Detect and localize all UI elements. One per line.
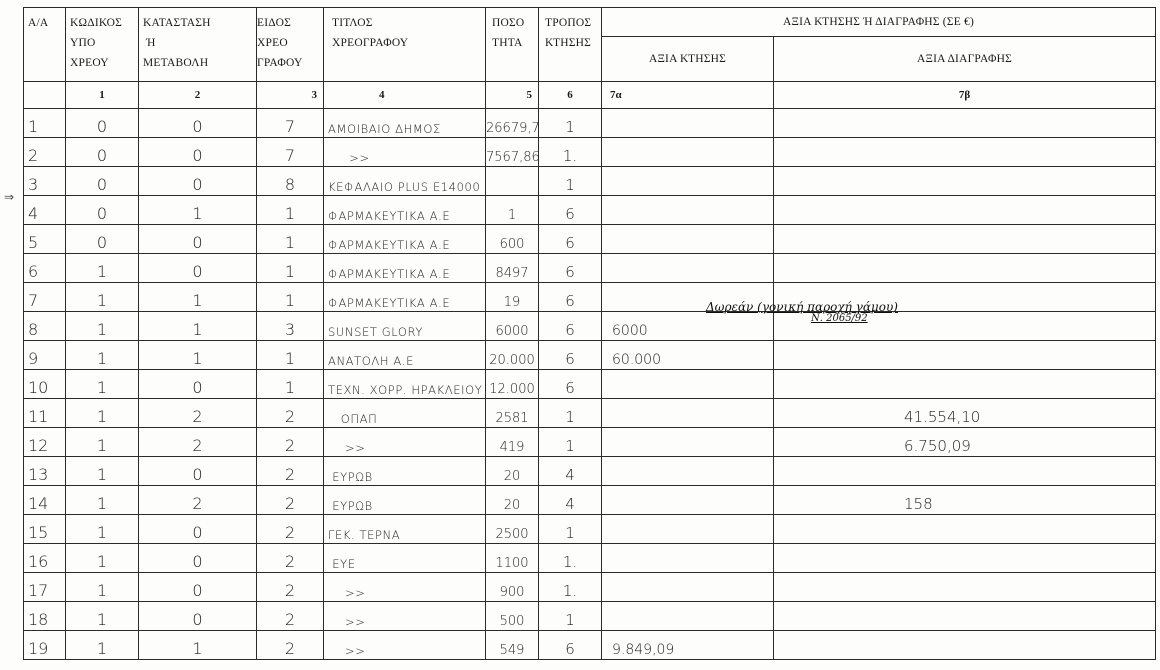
security-title-cell: >> [324, 428, 486, 457]
row-number: 8 [24, 312, 66, 341]
acquisition-value-cell [602, 602, 774, 631]
table-row: 1007ΑΜΟΙΒΑΙΟ ΔΗΜΟΣ26679,711 [24, 109, 1156, 138]
status-cell: 1 [139, 341, 257, 370]
status-cell: 0 [139, 225, 257, 254]
security-type-cell: 2 [257, 515, 324, 544]
quantity-cell: 6000 [486, 312, 539, 341]
debtor-code-cell: 0 [66, 167, 139, 196]
acquisition-value-cell [602, 138, 774, 167]
quantity-cell: 2500 [486, 515, 539, 544]
security-title-cell: ΦΑΡΜΑΚΕΥΤΙΚΑ Α.Ε [324, 283, 486, 312]
security-type-cell: 3 [257, 312, 324, 341]
acquisition-mode-cell: 6 [539, 196, 602, 225]
debtor-code-cell: 1 [66, 370, 139, 399]
securities-declaration-table: Α/Α ΚΩΔΙΚΟΣΥΠΟΧΡΕΟΥ ΚΑΤΑΣΤΑΣΗ ΉΜΕΤΑΒΟΛΗ … [23, 7, 1156, 660]
header-security-title: ΤΙΤΛΟΣΧΡΕΟΓΡΑΦΟΥ [324, 8, 486, 82]
status-cell: 0 [139, 544, 257, 573]
table-row: 10101ΤΕΧΝ. ΧΟΡΡ. ΗΡΑΚΛΕΙΟΥ12.0006 [24, 370, 1156, 399]
row-number: 19 [24, 631, 66, 660]
security-title-cell: >> [324, 573, 486, 602]
quantity-cell: 7567,865 [486, 138, 539, 167]
debtor-code-cell: 1 [66, 254, 139, 283]
colnum-4: 4 [324, 82, 486, 109]
deletion-value-cell [774, 544, 1156, 573]
quantity-cell: 20.000 [486, 341, 539, 370]
acquisition-value-cell [602, 428, 774, 457]
status-cell: 2 [139, 428, 257, 457]
debtor-code-cell: 1 [66, 631, 139, 660]
security-title-cell: ΦΑΡΜΑΚΕΥΤΙΚΑ Α.Ε [324, 225, 486, 254]
deletion-value-cell [774, 109, 1156, 138]
colnum-aa [24, 82, 66, 109]
table-row: 3008ΚΕΦΑΛΑΙΟ PLUS E140001 [24, 167, 1156, 196]
colnum-6: 6 [539, 82, 602, 109]
security-type-cell: 1 [257, 283, 324, 312]
status-cell: 0 [139, 370, 257, 399]
table-body: 1007ΑΜΟΙΒΑΙΟ ΔΗΜΟΣ26679,7112007 >>7567,8… [24, 109, 1156, 660]
security-type-cell: 1 [257, 225, 324, 254]
quantity-cell: 500 [486, 602, 539, 631]
deletion-value-cell [774, 515, 1156, 544]
quantity-cell: 20 [486, 486, 539, 515]
colnum-2: 2 [139, 82, 257, 109]
status-cell: 2 [139, 399, 257, 428]
status-cell: 0 [139, 167, 257, 196]
row-number: 11 [24, 399, 66, 428]
acquisition-value-cell: 9.849,09 [602, 631, 774, 660]
security-type-cell: 2 [257, 602, 324, 631]
row-number: 6 [24, 254, 66, 283]
row-number: 18 [24, 602, 66, 631]
quantity-cell: 2581 [486, 399, 539, 428]
header-quantity: ΠΟΣΟΤΗΤΑ [486, 8, 539, 82]
quantity-cell: 1 [486, 196, 539, 225]
debtor-code-cell: 1 [66, 602, 139, 631]
header-value-group: ΑΞΙΑ ΚΤΗΣΗΣ Ή ΔΙΑΓΡΑΦΗΣ (ΣΕ €) [602, 8, 1156, 37]
security-type-cell: 1 [257, 370, 324, 399]
security-title-cell: ΚΕΦΑΛΑΙΟ PLUS E14000 [324, 167, 486, 196]
acquisition-value-cell [602, 457, 774, 486]
status-cell: 0 [139, 138, 257, 167]
acquisition-mode-cell: 1 [539, 109, 602, 138]
deletion-value-cell [774, 225, 1156, 254]
header-deletion-value: ΑΞΙΑ ΔΙΑΓΡΑΦΗΣ [774, 37, 1156, 82]
status-cell: 0 [139, 254, 257, 283]
security-title-cell: ΓΕΚ. ΤΕΡΝΑ [324, 515, 486, 544]
table-row: 2007 >>7567,8651. [24, 138, 1156, 167]
security-title-cell: >> [324, 138, 486, 167]
deletion-value-cell [774, 341, 1156, 370]
security-type-cell: 7 [257, 138, 324, 167]
acquisition-mode-cell: 4 [539, 486, 602, 515]
row-number: 17 [24, 573, 66, 602]
scanned-form-page: ⇒ Α/Α ΚΩΔΙΚΟΣΥΠΟΧΡΕΟΥ ΚΑΤΑΣΤΑΣΗ ΉΜΕΤΑΒΟΛ… [0, 0, 1160, 670]
row-number: 12 [24, 428, 66, 457]
row-number: 15 [24, 515, 66, 544]
acquisition-mode-cell: 1 [539, 399, 602, 428]
debtor-code-cell: 0 [66, 225, 139, 254]
quantity-cell: 19 [486, 283, 539, 312]
margin-arrow-mark: ⇒ [4, 190, 14, 204]
table-row: 16102 ΕΥΕ11001. [24, 544, 1156, 573]
debtor-code-cell: 0 [66, 196, 139, 225]
acquisition-value-cell [602, 370, 774, 399]
status-cell: 1 [139, 631, 257, 660]
security-title-cell: ΕΥΡΩΒ [324, 457, 486, 486]
acquisition-mode-cell: 1 [539, 602, 602, 631]
handwritten-annotation: Δωρεάν (γονική παροχή γάμου) Ν. 2065/92 [706, 300, 898, 314]
acquisition-mode-cell: 1. [539, 138, 602, 167]
security-type-cell: 2 [257, 486, 324, 515]
row-number: 13 [24, 457, 66, 486]
debtor-code-cell: 1 [66, 457, 139, 486]
acquisition-value-cell [602, 515, 774, 544]
deletion-value-cell: 41.554,10 [774, 399, 1156, 428]
table-row: 11122 ΟΠΑΠ2581141.554,10 [24, 399, 1156, 428]
acquisition-mode-cell: 6 [539, 225, 602, 254]
table-row: 18102 >>5001 [24, 602, 1156, 631]
security-type-cell: 2 [257, 428, 324, 457]
deletion-value-cell: 6.750,09 [774, 428, 1156, 457]
header-acquisition-mode: ΤΡΟΠΟΣΚΤΗΣΗΣ [539, 8, 602, 82]
acquisition-mode-cell: 1 [539, 515, 602, 544]
security-type-cell: 2 [257, 544, 324, 573]
security-title-cell: ΕΥΕ [324, 544, 486, 573]
table-row: 8113SUNSET GLORY600066000 [24, 312, 1156, 341]
status-cell: 0 [139, 602, 257, 631]
table-row: 4011ΦΑΡΜΑΚΕΥΤΙΚΑ Α.Ε16 [24, 196, 1156, 225]
status-cell: 0 [139, 515, 257, 544]
security-title-cell: ΑΝΑΤΟΛΗ Α.Ε [324, 341, 486, 370]
quantity-cell: 26679,71 [486, 109, 539, 138]
acquisition-value-cell [602, 573, 774, 602]
status-cell: 0 [139, 109, 257, 138]
security-type-cell: 2 [257, 631, 324, 660]
table-row: 5001ΦΑΡΜΑΚΕΥΤΙΚΑ Α.Ε6006 [24, 225, 1156, 254]
security-title-cell: ΦΑΡΜΑΚΕΥΤΙΚΑ Α.Ε [324, 196, 486, 225]
acquisition-mode-cell: 1 [539, 428, 602, 457]
deletion-value-cell [774, 196, 1156, 225]
status-cell: 0 [139, 457, 257, 486]
deletion-value-cell [774, 254, 1156, 283]
header-acquisition-value: ΑΞΙΑ ΚΤΗΣΗΣ [602, 37, 774, 82]
acquisition-mode-cell: 1. [539, 544, 602, 573]
table-row: 14122 ΕΥΡΩΒ204158 [24, 486, 1156, 515]
table-row: 13102 ΕΥΡΩΒ204 [24, 457, 1156, 486]
table-row: 12122 >>41916.750,09 [24, 428, 1156, 457]
status-cell: 1 [139, 312, 257, 341]
row-number: 5 [24, 225, 66, 254]
security-type-cell: 8 [257, 167, 324, 196]
acquisition-mode-cell: 6 [539, 254, 602, 283]
colnum-7b: 7β [774, 82, 1156, 109]
row-number: 7 [24, 283, 66, 312]
acquisition-mode-cell: 6 [539, 370, 602, 399]
quantity-cell [486, 167, 539, 196]
security-title-cell: >> [324, 602, 486, 631]
table-row: 9111ΑΝΑΤΟΛΗ Α.Ε20.000660.000 [24, 341, 1156, 370]
debtor-code-cell: 1 [66, 312, 139, 341]
status-cell: 1 [139, 283, 257, 312]
security-title-cell: ΕΥΡΩΒ [324, 486, 486, 515]
security-type-cell: 1 [257, 254, 324, 283]
debtor-code-cell: 1 [66, 486, 139, 515]
security-type-cell: 7 [257, 109, 324, 138]
colnum-3: 3 [257, 82, 324, 109]
deletion-value-cell [774, 167, 1156, 196]
table-row: 6101ΦΑΡΜΑΚΕΥΤΙΚΑ Α.Ε84976 [24, 254, 1156, 283]
deletion-value-cell [774, 602, 1156, 631]
security-type-cell: 1 [257, 341, 324, 370]
debtor-code-cell: 0 [66, 109, 139, 138]
header-status: ΚΑΤΑΣΤΑΣΗ ΉΜΕΤΑΒΟΛΗ [139, 8, 257, 82]
row-number: 4 [24, 196, 66, 225]
debtor-code-cell: 1 [66, 428, 139, 457]
header-debtor-code: ΚΩΔΙΚΟΣΥΠΟΧΡΕΟΥ [66, 8, 139, 82]
quantity-cell: 12.000 [486, 370, 539, 399]
acquisition-mode-cell: 6 [539, 312, 602, 341]
row-number: 14 [24, 486, 66, 515]
quantity-cell: 1100 [486, 544, 539, 573]
debtor-code-cell: 1 [66, 544, 139, 573]
quantity-cell: 549 [486, 631, 539, 660]
security-title-cell: >> [324, 631, 486, 660]
column-number-row: 1 2 3 4 5 6 7α 7β [24, 82, 1156, 109]
row-number: 9 [24, 341, 66, 370]
acquisition-mode-cell: 1. [539, 573, 602, 602]
debtor-code-cell: 1 [66, 399, 139, 428]
colnum-1: 1 [66, 82, 139, 109]
acquisition-mode-cell: 6 [539, 631, 602, 660]
acquisition-mode-cell: 1 [539, 167, 602, 196]
row-number: 10 [24, 370, 66, 399]
debtor-code-cell: 1 [66, 283, 139, 312]
security-type-cell: 2 [257, 399, 324, 428]
row-number: 16 [24, 544, 66, 573]
acquisition-value-cell [602, 225, 774, 254]
status-cell: 1 [139, 196, 257, 225]
table-row: 15102ΓΕΚ. ΤΕΡΝΑ25001 [24, 515, 1156, 544]
quantity-cell: 600 [486, 225, 539, 254]
deletion-value-cell [774, 370, 1156, 399]
row-number: 3 [24, 167, 66, 196]
table-row: 17102 >>9001. [24, 573, 1156, 602]
acquisition-value-cell [602, 544, 774, 573]
quantity-cell: 20 [486, 457, 539, 486]
deletion-value-cell [774, 631, 1156, 660]
header-security-type: ΕΙΔΟΣΧΡΕΟΓΡΑΦΟΥ [257, 8, 324, 82]
acquisition-value-cell: 60.000 [602, 341, 774, 370]
quantity-cell: 8497 [486, 254, 539, 283]
status-cell: 0 [139, 573, 257, 602]
acquisition-value-cell [602, 254, 774, 283]
row-number: 2 [24, 138, 66, 167]
colnum-5: 5 [486, 82, 539, 109]
debtor-code-cell: 1 [66, 515, 139, 544]
debtor-code-cell: 1 [66, 341, 139, 370]
security-type-cell: 2 [257, 457, 324, 486]
security-type-cell: 1 [257, 196, 324, 225]
acquisition-mode-cell: 6 [539, 283, 602, 312]
quantity-cell: 419 [486, 428, 539, 457]
acquisition-value-cell [602, 167, 774, 196]
acquisition-value-cell [602, 486, 774, 515]
security-type-cell: 2 [257, 573, 324, 602]
security-title-cell: ΦΑΡΜΑΚΕΥΤΙΚΑ Α.Ε [324, 254, 486, 283]
security-title-cell: SUNSET GLORY [324, 312, 486, 341]
security-title-cell: ΟΠΑΠ [324, 399, 486, 428]
acquisition-value-cell: 6000 [602, 312, 774, 341]
quantity-cell: 900 [486, 573, 539, 602]
deletion-value-cell [774, 138, 1156, 167]
security-title-cell: ΤΕΧΝ. ΧΟΡΡ. ΗΡΑΚΛΕΙΟΥ [324, 370, 486, 399]
annotation-law-ref: Ν. 2065/92 [811, 313, 868, 324]
deletion-value-cell [774, 457, 1156, 486]
acquisition-value-cell [602, 399, 774, 428]
status-cell: 2 [139, 486, 257, 515]
annotation-text: Δωρεάν (γονική παροχή γάμου) [706, 300, 898, 314]
security-title-cell: ΑΜΟΙΒΑΙΟ ΔΗΜΟΣ [324, 109, 486, 138]
debtor-code-cell: 1 [66, 573, 139, 602]
table-row: 19112 >>54969.849,09 [24, 631, 1156, 660]
acquisition-mode-cell: 6 [539, 341, 602, 370]
acquisition-value-cell [602, 196, 774, 225]
acquisition-value-cell [602, 109, 774, 138]
debtor-code-cell: 0 [66, 138, 139, 167]
acquisition-mode-cell: 4 [539, 457, 602, 486]
table-row: 7111ΦΑΡΜΑΚΕΥΤΙΚΑ Α.Ε196 [24, 283, 1156, 312]
colnum-7a: 7α [602, 82, 774, 109]
header-aa: Α/Α [24, 8, 66, 82]
row-number: 1 [24, 109, 66, 138]
deletion-value-cell [774, 573, 1156, 602]
deletion-value-cell: 158 [774, 486, 1156, 515]
